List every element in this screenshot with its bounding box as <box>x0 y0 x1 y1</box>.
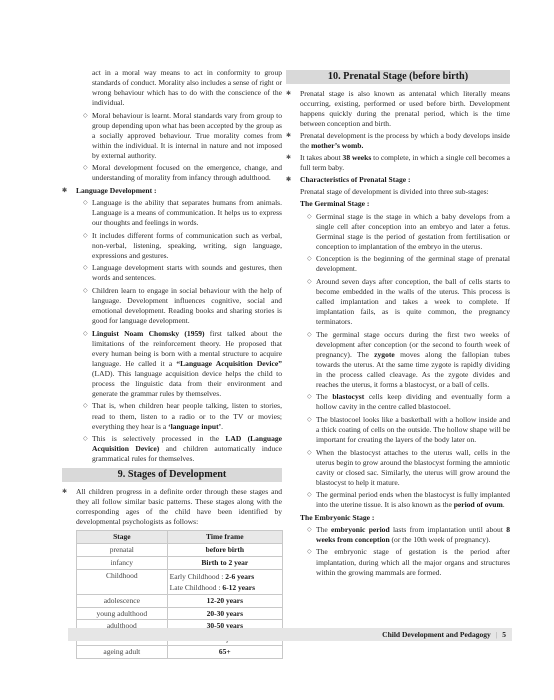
diamond-bullet-icon: ◇ <box>307 277 312 287</box>
list-item-zygote: ◇The germinal stage occurs during the fi… <box>286 330 510 390</box>
diamond-bullet-icon: ◇ <box>83 163 88 173</box>
table-row: adolescence12-20 years <box>77 594 283 607</box>
list-item: ◇When the blastocyst attaches to the ute… <box>286 448 510 488</box>
book-title: Child Development and Pedagogy <box>382 630 491 639</box>
asterisk-bullet-icon: ✱ <box>286 153 291 163</box>
moral-continuation: act in a moral way means to act in confo… <box>62 68 282 108</box>
asterisk-bullet-icon: ✱ <box>62 186 67 196</box>
diamond-bullet-icon: ◇ <box>307 415 312 425</box>
list-item: ◇It includes different forms of communic… <box>62 231 282 261</box>
list-item: ◇The blastocoel looks like a basketball … <box>286 415 510 445</box>
section-heading-prenatal-stage: 10. Prenatal Stage (before birth) <box>286 70 510 84</box>
characteristics-intro: Prenatal stage of development is divided… <box>286 187 510 197</box>
diamond-bullet-icon: ◇ <box>307 490 312 500</box>
list-item: ✱Prenatal development is the process by … <box>286 131 510 151</box>
list-item-lad: ◇This is selectively processed in the LA… <box>62 434 282 464</box>
diamond-bullet-icon: ◇ <box>83 263 88 273</box>
germinal-stage-heading: The Germinal Stage : <box>300 199 510 209</box>
diamond-bullet-icon: ◇ <box>307 330 312 340</box>
column-header-time-frame: Time frame <box>167 531 282 544</box>
list-item: ◇The embryonic stage of gestation is the… <box>286 547 510 577</box>
column-header-stage: Stage <box>77 531 168 544</box>
page-number: 5 <box>502 630 506 639</box>
table-row: infancyBirth to 2 year <box>77 557 283 570</box>
diamond-bullet-icon: ◇ <box>83 329 88 339</box>
list-item-ovum: ◇The germinal period ends when the blast… <box>286 490 510 510</box>
diamond-bullet-icon: ◇ <box>83 434 88 444</box>
diamond-bullet-icon: ◇ <box>307 525 312 535</box>
table-row: young adulthood20-30 years <box>77 607 283 620</box>
left-column: act in a moral way means to act in confo… <box>62 68 282 659</box>
list-item: ◇Germinal stage is the stage in which a … <box>286 212 510 252</box>
list-item-chomsky: ◇Linguist Noam Chomsky (1959) first talk… <box>62 329 282 399</box>
characteristics-heading: ✱Characteristics of Prenatal Stage : <box>286 175 510 185</box>
table-row: Childhood Early Childhood : 2-6 years La… <box>77 569 283 594</box>
list-item: ◇Around seven days after conception, the… <box>286 277 510 327</box>
diamond-bullet-icon: ◇ <box>83 198 88 208</box>
table-header-row: Stage Time frame <box>77 531 283 544</box>
diamond-bullet-icon: ◇ <box>83 401 88 411</box>
list-item: ◇Conception is the beginning of the germ… <box>286 254 510 274</box>
list-item: ◇Moral development focused on the emerge… <box>62 163 282 183</box>
diamond-bullet-icon: ◇ <box>307 448 312 458</box>
asterisk-bullet-icon: ✱ <box>286 131 291 141</box>
list-item-language-input: ◇That is, when children hear people talk… <box>62 401 282 431</box>
page-footer: Child Development and Pedagogy|5 <box>68 628 512 641</box>
diamond-bullet-icon: ◇ <box>83 111 88 121</box>
asterisk-bullet-icon: ✱ <box>286 175 291 185</box>
stages-intro: ✱All children progress in a definite ord… <box>62 487 282 527</box>
list-item-blastocyst: ◇The blastocyst cells keep dividing and … <box>286 392 510 412</box>
table-row: prenatalbefore birth <box>77 544 283 557</box>
language-development-heading: ✱Language Development : <box>62 186 282 196</box>
diamond-bullet-icon: ◇ <box>307 392 312 402</box>
section-heading-stages-of-development: 9. Stages of Development <box>62 468 282 482</box>
diamond-bullet-icon: ◇ <box>83 231 88 241</box>
embryonic-stage-heading: The Embryonic Stage : <box>300 513 510 523</box>
list-item: ◇Children learn to engage in social beha… <box>62 286 282 326</box>
table-row: ageing adult65+ <box>77 646 283 659</box>
diamond-bullet-icon: ◇ <box>307 254 312 264</box>
footer-separator: | <box>496 630 498 639</box>
list-item: ◇Language is the ability that separates … <box>62 198 282 228</box>
diamond-bullet-icon: ◇ <box>83 286 88 296</box>
diamond-bullet-icon: ◇ <box>307 547 312 557</box>
list-item: ◇Moral behaviour is learnt. Moral standa… <box>62 111 282 161</box>
diamond-bullet-icon: ◇ <box>307 212 312 222</box>
asterisk-bullet-icon: ✱ <box>286 89 291 99</box>
list-item: ✱Prenatal stage is also known as antenat… <box>286 89 510 129</box>
right-column: 10. Prenatal Stage (before birth) ✱Prena… <box>286 70 510 580</box>
list-item: ◇Language development starts with sounds… <box>62 263 282 283</box>
list-item-embryonic-period: ◇The embryonic period lasts from implant… <box>286 525 510 545</box>
list-item: ✱It takes about 38 weeks to complete, in… <box>286 153 510 173</box>
asterisk-bullet-icon: ✱ <box>62 487 67 497</box>
